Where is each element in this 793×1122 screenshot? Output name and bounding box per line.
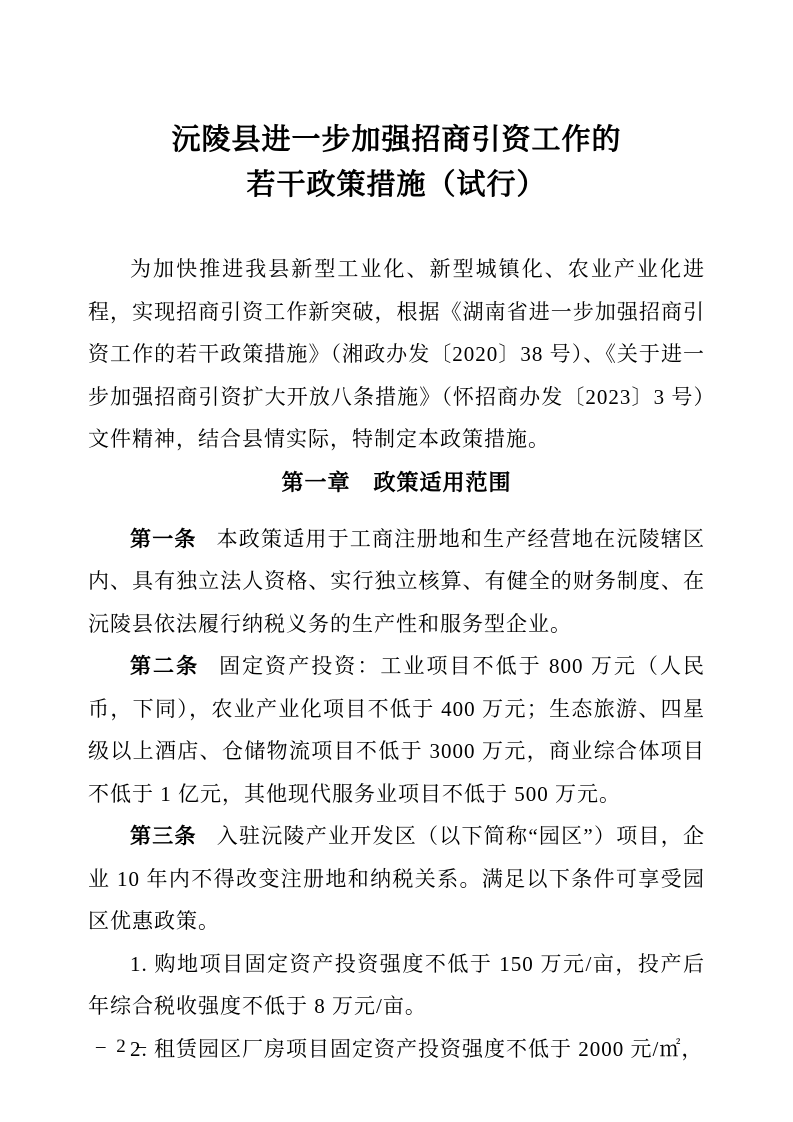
document-page: 沅陵县进一步加强招商引资工作的 若干政策措施（试行） 为加快推进我县新型工业化、…: [0, 0, 793, 1122]
article-2-label: 第二条: [130, 654, 199, 678]
document-title-line-1: 沅陵县进一步加强招商引资工作的: [88, 118, 705, 163]
sub-item-1-paragraph: 1. 购地项目固定资产投资强度不低于 150 万元/亩，投产后年综合税收强度不低…: [88, 943, 705, 1028]
page-number: – 2 –: [96, 1036, 149, 1058]
document-content: 沅陵县进一步加强招商引资工作的 若干政策措施（试行） 为加快推进我县新型工业化、…: [88, 118, 705, 1070]
article-3-paragraph: 第三条入驻沅陵产业开发区（以下简称“园区”）项目，企业 10 年内不得改变注册地…: [88, 815, 705, 943]
document-title: 沅陵县进一步加强招商引资工作的 若干政策措施（试行）: [88, 118, 705, 208]
chapter-1-heading: 第一章 政策适用范围: [88, 461, 705, 504]
document-title-line-2: 若干政策措施（试行）: [88, 163, 705, 208]
intro-paragraph: 为加快推进我县新型工业化、新型城镇化、农业产业化进程，实现招商引资工作新突破，根…: [88, 248, 705, 461]
article-1-paragraph: 第一条本政策适用于工商注册地和生产经营地在沅陵辖区内、具有独立法人资格、实行独立…: [88, 518, 705, 646]
article-1-label: 第一条: [130, 527, 197, 551]
article-3-label: 第三条: [130, 824, 197, 848]
article-2-paragraph: 第二条固定资产投资：工业项目不低于 800 万元（人民币，下同），农业产业化项目…: [88, 645, 705, 815]
sub-item-2-paragraph: 2. 租赁园区厂房项目固定资产投资强度不低于 2000 元/㎡，: [88, 1028, 705, 1071]
